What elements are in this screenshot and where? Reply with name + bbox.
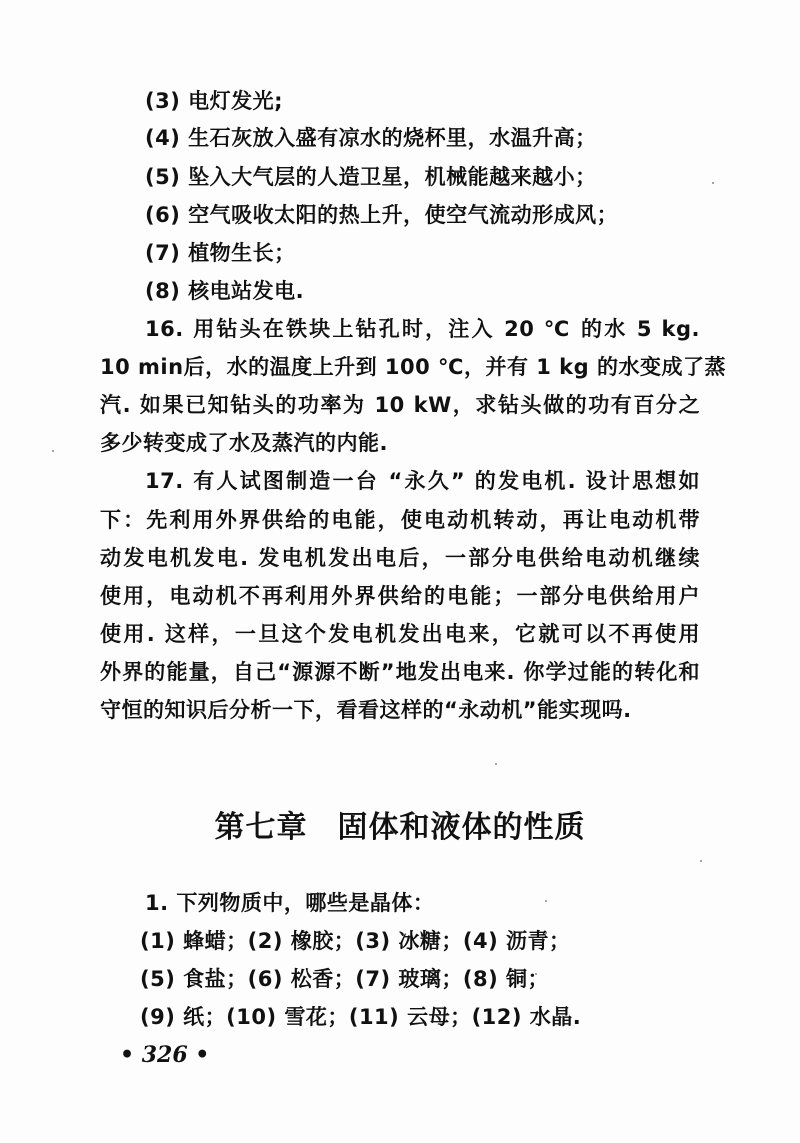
scan-speck <box>670 330 672 332</box>
scan-speck <box>535 973 537 975</box>
scan-speck <box>712 182 714 184</box>
problem-16-line: 多少转变成了水及蒸汽的内能. <box>100 428 700 458</box>
page-number: • 326 • <box>120 1040 209 1070</box>
problem-17-line: 17. 有人试图制造一台 “永久” 的发电机. 设计思想如 <box>145 466 700 496</box>
list-item: (3) 电灯发光; <box>145 86 283 116</box>
chapter-problem-question: 1. 下列物质中，哪些是晶体： <box>145 888 434 918</box>
problem-17-line: 下：先利用外界供给的电能，使电动机转动，再让电动机带 <box>100 505 700 535</box>
problem-16-line: 10 min后，水的温度上升到 100 ℃，并有 1 kg 的水变成了蒸 <box>100 352 700 382</box>
chapter-problem-options: (1) 蜂蜡；(2) 橡胶；(3) 冰糖；(4) 沥青； <box>140 926 570 956</box>
book-page: (3) 电灯发光; (4) 生石灰放入盛有凉水的烧杯里，水温升高； (5) 坠入… <box>0 0 800 1143</box>
chapter-title: 固体和液体的性质 <box>338 810 586 845</box>
list-item: (8) 核电站发电. <box>145 276 304 306</box>
scan-speck <box>545 900 547 902</box>
problem-17-line: 使用，电动机不再利用外界供给的电能；一部分电供给用户 <box>100 581 700 611</box>
list-item: (4) 生石灰放入盛有凉水的烧杯里，水温升高； <box>145 123 597 153</box>
chapter-problem-options: (9) 纸；(10) 雪花；(11) 云母；(12) 水晶. <box>140 1002 581 1032</box>
problem-17-line: 使用. 这样，一旦这个发电机发出电来，它就可以不再使用 <box>100 619 700 649</box>
chapter-problem-options: (5) 食盐；(6) 松香；(7) 玻璃；(8) 铜； <box>140 964 549 994</box>
problem-17-line: 外界的能量，自己“源源不断”地发出电来. 你学过能的转化和 <box>100 657 700 687</box>
problem-16-line: 16. 用钻头在铁块上钻孔时，注入 20 ℃ 的水 5 kg. <box>145 314 700 344</box>
list-item: (6) 空气吸收太阳的热上升，使空气流动形成风； <box>145 200 618 230</box>
list-item: (7) 植物生长； <box>145 238 296 268</box>
scan-speck <box>545 932 547 934</box>
scan-speck <box>495 763 497 765</box>
chapter-number: 第七章 <box>215 810 308 845</box>
problem-16-line: 汽. 如果已知钻头的功率为 10 kW，求钻头做的功有百分之 <box>100 390 700 420</box>
scan-speck <box>52 450 54 452</box>
problem-17-line: 守恒的知识后分析一下，看看这样的“永动机”能实现吗. <box>100 695 700 725</box>
chapter-heading: 第七章固体和液体的性质 <box>0 808 800 848</box>
scan-speck <box>700 860 702 862</box>
list-item: (5) 坠入大气层的人造卫星，机械能越来越小； <box>145 162 597 192</box>
problem-17-line: 动发电机发电. 发电机发出电后，一部分电供给电动机继续 <box>100 543 700 573</box>
